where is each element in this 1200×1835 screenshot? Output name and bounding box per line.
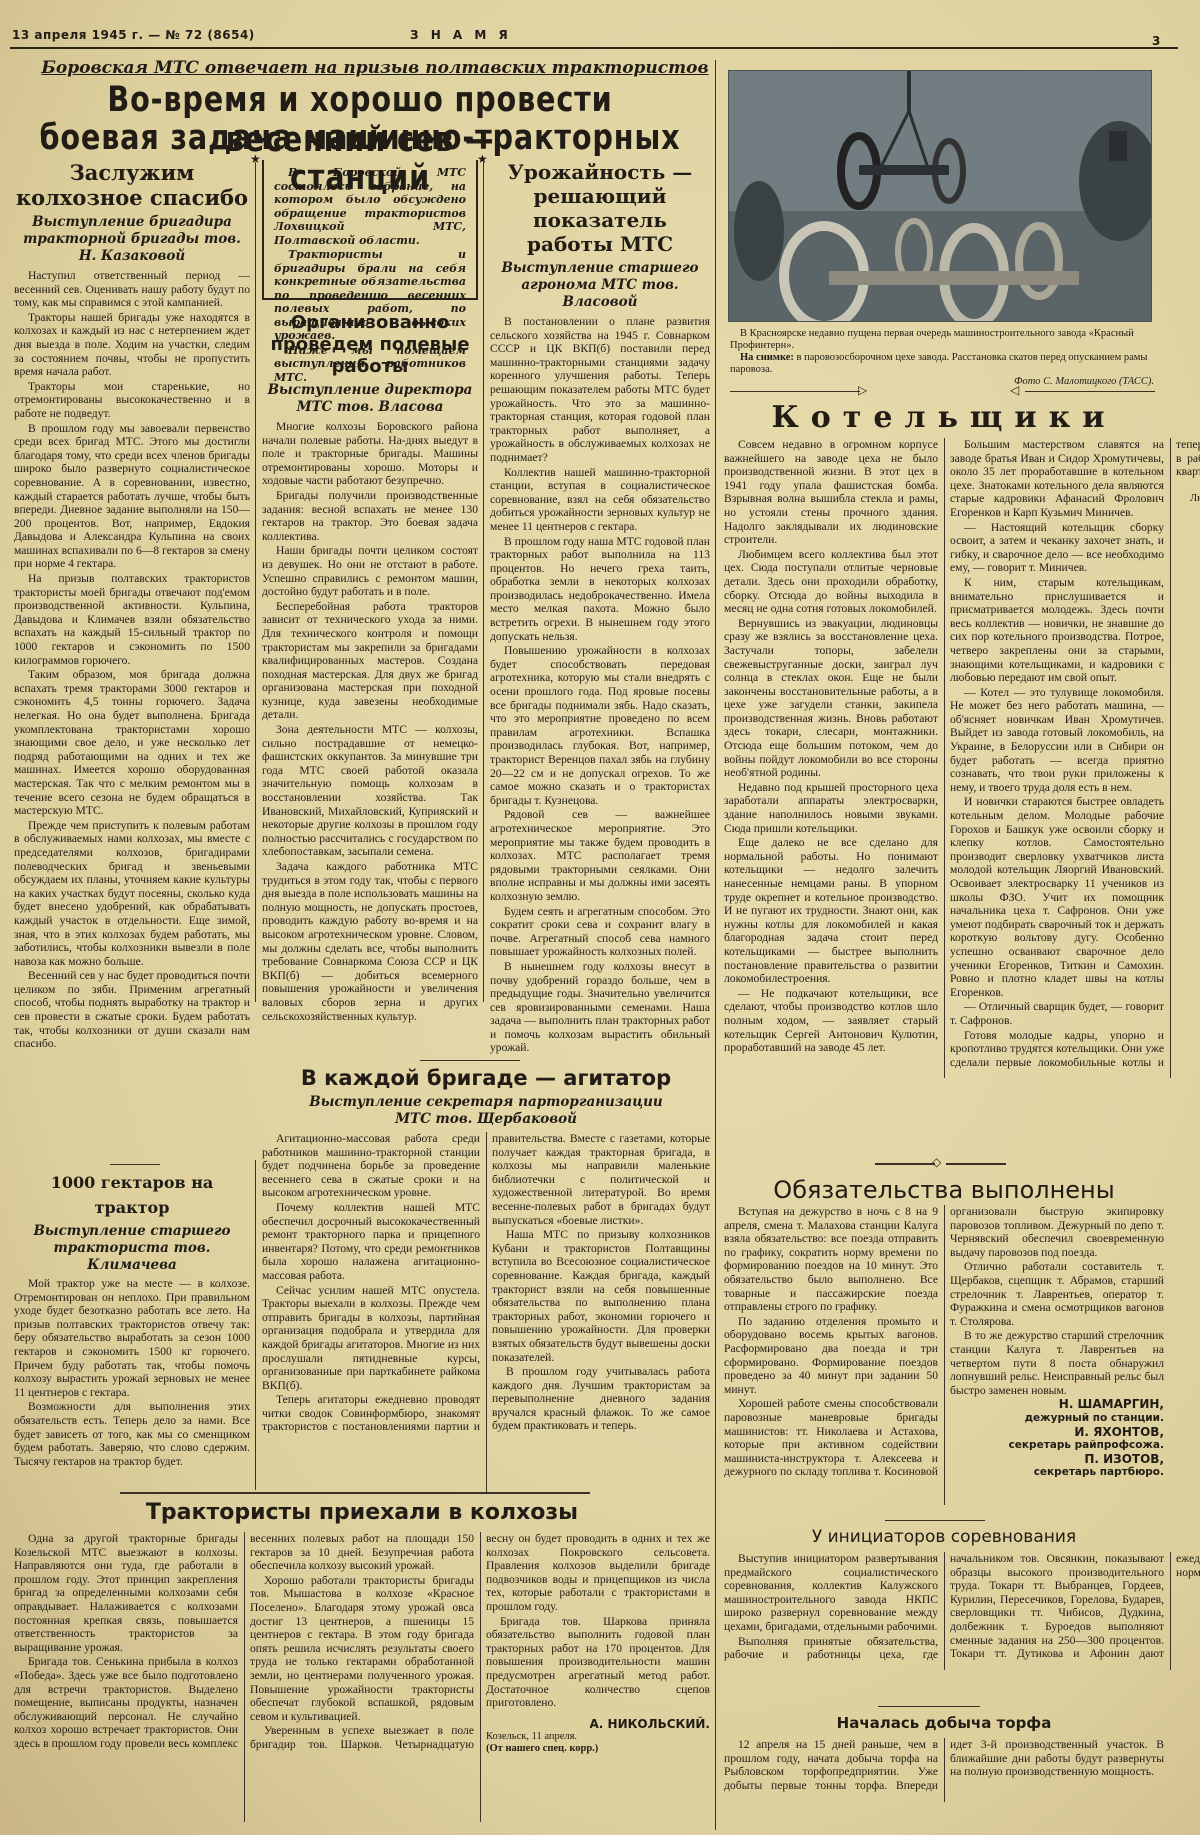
ornament-rule bbox=[730, 391, 860, 392]
article-shcherbakova: В каждой бригаде — агитатор Выступление … bbox=[262, 1064, 710, 1492]
source-note: (От нашего спец. корр.) bbox=[486, 1743, 710, 1755]
article-byline: Выступление бригадира тракторной бригады… bbox=[20, 214, 244, 265]
article-byline: Выступление секретаря парторганизации МТ… bbox=[302, 1094, 670, 1128]
article-title: Котельщики bbox=[724, 398, 1164, 438]
dateline: Людиново. bbox=[1176, 493, 1200, 505]
paper-name: З Н А М Я bbox=[410, 28, 512, 42]
star-ornament-icon: ★ bbox=[477, 152, 488, 166]
article-title: Урожайность — решающий показатель работы… bbox=[490, 160, 710, 256]
locomotive-assembly-image bbox=[729, 71, 1152, 322]
column-divider bbox=[255, 1160, 256, 1490]
article-title: Началась добыча торфа bbox=[724, 1712, 1164, 1734]
article-body: Мой трактор уже на месте — в колхозе. От… bbox=[14, 1277, 250, 1468]
photo-caption: В Красноярске недавно пущена первая очер… bbox=[730, 328, 1154, 388]
editorial-box: В Боровской МТС состоялось собрание, на … bbox=[262, 160, 478, 300]
column-divider bbox=[255, 162, 256, 1002]
article-klimachev: 1000 гектаров на трактор Выступление ста… bbox=[14, 1170, 250, 1469]
arrow-left-icon: ◁ bbox=[1010, 383, 1019, 397]
article-title: Трактористы приехали в колхозы bbox=[14, 1498, 710, 1528]
author-signature: А. НИКОЛЬСКИЙ. bbox=[486, 1718, 710, 1732]
article-initiators: У инициаторов соревнования Выступив иниц… bbox=[724, 1526, 1164, 1670]
article-body: Одна за другой тракторные бригады Козель… bbox=[14, 1532, 710, 1822]
signature-role: секретарь партбюро. bbox=[950, 1466, 1164, 1480]
section-rule bbox=[885, 1520, 985, 1521]
article-kazakova: Заслужим колхозное спасибо Выступление б… bbox=[14, 160, 250, 1052]
article-title: Заслужим колхозное спасибо bbox=[14, 160, 250, 210]
diamond-ornament-icon: ◇ bbox=[932, 1155, 941, 1169]
column-divider bbox=[483, 162, 484, 1002]
article-title: У инициаторов соревнования bbox=[724, 1526, 1164, 1548]
article-body: Наступил ответственный период — весенний… bbox=[14, 269, 250, 1051]
article-body: Вступая на дежурство в ночь с 8 на 9 апр… bbox=[724, 1205, 1164, 1505]
article-vlasova: Урожайность — решающий показатель работы… bbox=[490, 160, 710, 1056]
article-traktoristy: Трактористы приехали в колхозы Одна за д… bbox=[14, 1498, 710, 1822]
article-body: Агитационно-массовая работа среди работн… bbox=[262, 1132, 710, 1492]
factory-photo bbox=[728, 70, 1152, 322]
section-rule bbox=[878, 1706, 980, 1707]
article-kotelshchiki: Котельщики Совсем недавно в огромном кор… bbox=[724, 398, 1164, 1078]
signature-role: секретарь райпрофсожа. bbox=[950, 1439, 1164, 1453]
ornament-rule bbox=[875, 1163, 935, 1165]
section-kicker: Боровская МТС отвечает на призыв полтавс… bbox=[30, 58, 720, 78]
article-title: Организованно проведем полевые работы bbox=[262, 312, 478, 378]
arrow-right-icon: ▷ bbox=[858, 383, 867, 397]
article-obyazatelstva: Обязательства выполнены Вступая на дежур… bbox=[724, 1175, 1164, 1505]
author-signature: А. ИВАНЮШИН. bbox=[1176, 480, 1200, 494]
signature-role: дежурный по станции. bbox=[950, 1412, 1164, 1426]
article-body: 12 апреля на 15 дней раньше, чем в прошл… bbox=[724, 1738, 1164, 1802]
article-body: В постановлении о плане развития сельско… bbox=[490, 315, 710, 1055]
article-title: 1000 гектаров на трактор bbox=[14, 1170, 250, 1220]
signature-name: П. ИЗОТОВ, bbox=[950, 1453, 1164, 1467]
column-divider bbox=[715, 60, 716, 1830]
article-byline: Выступление старшего агронома МТС тов. В… bbox=[490, 260, 710, 311]
signature-name: Н. ШАМАРГИН, bbox=[950, 1398, 1164, 1412]
article-byline: Выступление директора МТС тов. Власова bbox=[262, 382, 478, 416]
issue-date: 13 апреля 1945 г. — № 72 (8654) bbox=[12, 28, 255, 42]
ornament-rule bbox=[946, 1163, 1006, 1165]
article-vlasov: Организованно проведем полевые работы Вы… bbox=[262, 312, 478, 1024]
masthead-rule bbox=[10, 47, 1178, 49]
star-ornament-icon: ★ bbox=[250, 152, 261, 166]
article-torf: Началась добыча торфа 12 апреля на 15 дн… bbox=[724, 1712, 1164, 1802]
article-title: В каждой бригаде — агитатор bbox=[262, 1064, 710, 1092]
article-body: Многие колхозы Боровского района начали … bbox=[262, 420, 478, 1023]
article-body: Выступив инициатором развертывания предм… bbox=[724, 1552, 1164, 1670]
article-byline: Выступление старшего тракториста тов. Кл… bbox=[14, 1223, 250, 1274]
section-rule bbox=[110, 1164, 160, 1165]
section-rule bbox=[420, 1060, 520, 1061]
dateline: Козельск, 11 апреля. bbox=[486, 1731, 710, 1743]
signature-name: И. ЯХОНТОВ, bbox=[950, 1426, 1164, 1440]
ornament-rule bbox=[1025, 391, 1155, 392]
article-body: Совсем недавно в огромном корпусе важней… bbox=[724, 438, 1164, 1078]
article-title: Обязательства выполнены bbox=[724, 1175, 1164, 1205]
section-double-rule bbox=[120, 1492, 590, 1494]
page-number: 3 bbox=[1152, 34, 1161, 48]
